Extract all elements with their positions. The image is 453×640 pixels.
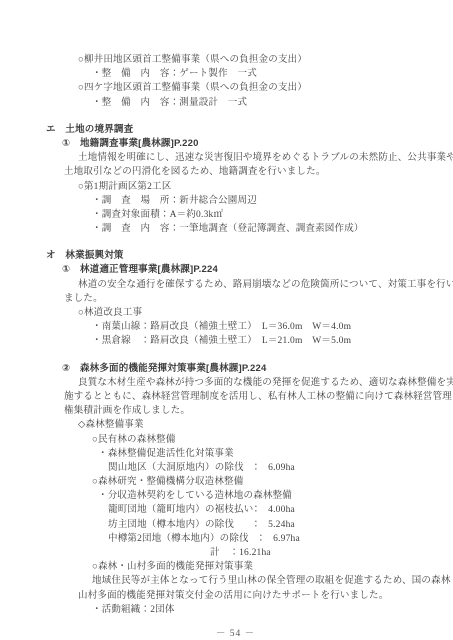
text-line: 山村多面的機能発揮対策交付金の活用に向けたサポートを行いました。 [78, 589, 425, 603]
text-line: ○森林研究・整備機構分収造林整備 [92, 475, 425, 489]
text-line: ・調 査 場 所：新井総合公園周辺 [92, 194, 425, 208]
heading-line: エ 土地の境界調査 [46, 123, 425, 137]
text-line: 権集積計画を作成しました。 [64, 404, 425, 418]
heading-line: ① 林道適正管理事業[農林課]P.224 [62, 263, 425, 277]
text-line: 施するとともに、森林経営管理制度を活用し、私有林人工林の整備に向けて森林経営管理 [64, 390, 425, 404]
heading-line: ① 地籍調査事業[農林課]P.220 [62, 137, 425, 151]
text-line: ・森林整備促進活性化対策事業 [98, 447, 425, 461]
heading-line: ② 森林多面的機能発揮対策事業[農林課]P.224 [62, 362, 425, 376]
text-line: ・活動組織：2団体 [92, 603, 425, 617]
text-line: 土地取引などの円滑化を図るため、地籍調査を行いました。 [64, 165, 425, 179]
text-line: 良質な木材生産や森林が持つ多面的な機能の発揮を促進するため、適切な森林整備を実 [78, 376, 425, 390]
blank-line [46, 110, 425, 123]
text-line: ○第1期計画区第2工区 [78, 180, 425, 194]
text-line: ました。 [64, 292, 425, 306]
text-line: ・黒倉線 ：路肩改良（補強土壁工） L＝21.0m W＝5.0m [92, 334, 425, 348]
text-line: 林道の安全な通行を確保するため、路肩崩壊などの危険箇所について、対策工事を行い [78, 278, 425, 292]
text-line: ○四ケ字地区頭首工整備事業（県への負担金の支出） [78, 81, 425, 95]
heading-line: オ 林業振興対策 [46, 249, 425, 263]
text-line: 坊主団地（樽本地内）の除伐 ： 5.24ha [108, 518, 425, 532]
blank-line [46, 349, 425, 362]
text-line: 地域住民等が主体となって行う里山林の保全管理の取組を促進するため、国の森林・ [92, 574, 425, 588]
text-line: ・調査対象面積：A＝約0.3k㎡ [92, 208, 425, 222]
text-line: ・分収造林契約をしている造林地の森林整備 [98, 489, 425, 503]
text-line: ◇森林整備事業 [78, 418, 425, 432]
text-line: ○森林・山村多面的機能発揮対策事業 [92, 560, 425, 574]
page-number: － 54 － [46, 627, 425, 640]
text-line: ○林道改良工事 [78, 306, 425, 320]
text-line: ・南葉山線：路肩改良（補強土壁工） L＝36.0m W＝4.0m [92, 320, 425, 334]
blank-line [46, 236, 425, 249]
text-line: ○柳井田地区頭首工整備事業（県への負担金の支出） [78, 53, 425, 67]
text-line: 計 ：16.21ha [210, 546, 425, 560]
text-line: ○民有林の森林整備 [92, 433, 425, 447]
text-line: 籠町団地（籠町地内）の裾枝払い： 4.00ha [108, 503, 425, 517]
document-body: ○柳井田地区頭首工整備事業（県への負担金の支出）・整 備 内 容：ゲート製作 一… [46, 53, 425, 617]
text-line: ・調 査 内 容：一筆地調査（登記簿調査、調査素図作成） [92, 222, 425, 236]
text-line: ・整 備 内 容：測量設計 一式 [92, 96, 425, 110]
text-line: 関山地区（大洞原地内）の除伐 ： 6.09ha [108, 461, 425, 475]
text-line: 中樽第2団地（樽本地内）の除伐 ： 6.97ha [108, 532, 425, 546]
document-page: ○柳井田地区頭首工整備事業（県への負担金の支出）・整 備 内 容：ゲート製作 一… [0, 0, 453, 640]
text-line: 土地情報を明確にし、迅速な災害復旧や境界をめぐるトラブルの未然防止、公共事業や [78, 151, 425, 165]
text-line: ・整 備 内 容：ゲート製作 一式 [92, 67, 425, 81]
